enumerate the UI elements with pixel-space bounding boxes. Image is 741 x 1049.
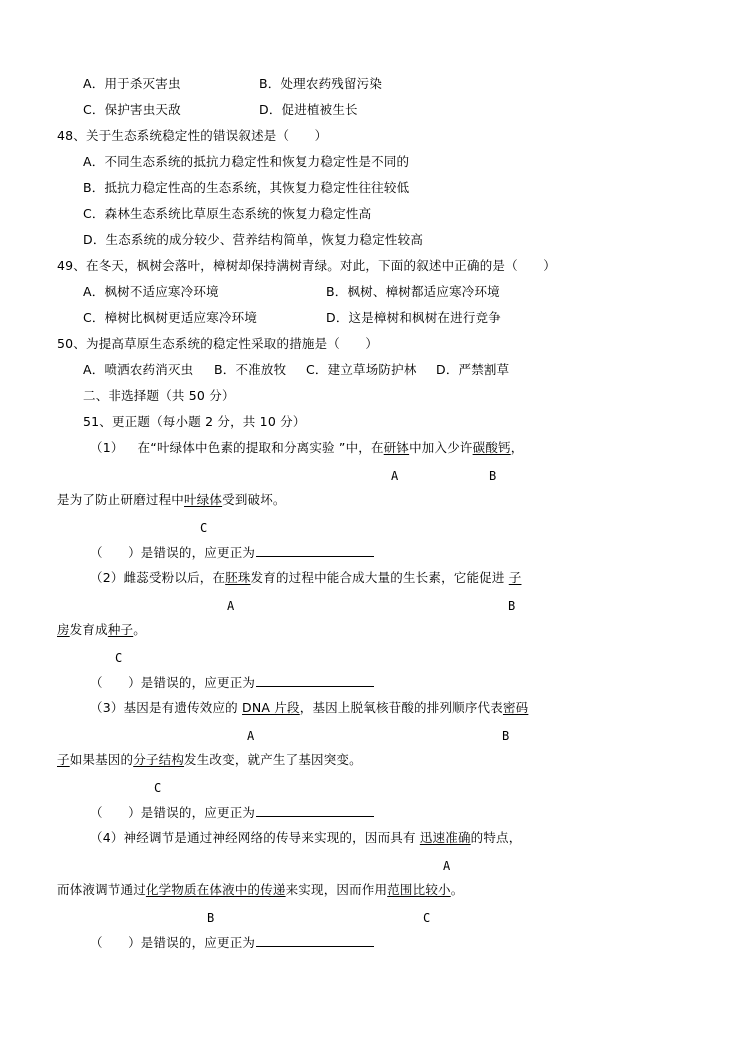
label-b: B [207, 911, 214, 925]
segment-b-cont: 子 [57, 752, 70, 767]
text: 。 [133, 622, 146, 637]
item-number: （4） [90, 830, 124, 845]
segment-b: 碳酸钙 [473, 440, 511, 455]
q50-option-d: D．严禁割草 [436, 362, 509, 378]
text: 而体液调节通过 [57, 882, 146, 897]
segment-c: 分子结构 [133, 752, 184, 767]
q49-option-a: A．枫树不适应寒冷环境 [83, 284, 219, 300]
q51-item3-line1: （3）基因是有遗传效应的 DNA 片段，基因上脱氧核苷酸的排列顺序代表密码 [90, 700, 528, 716]
label-c: C [423, 911, 430, 925]
q50-stem: 50、为提高草原生态系统的稳定性采取的措施是（ ） [57, 336, 378, 352]
answer-blank[interactable] [256, 674, 374, 687]
q47-option-c: C．保护害虫天敌 [83, 102, 181, 118]
text: 中加入少许 [409, 440, 473, 455]
segment-b: 化学物质在体液中的传递 [146, 882, 286, 897]
q51-item1-line1: （1）在“叶绿体中色素的提取和分离实验 ”中，在研钵中加入少许碳酸钙， [90, 440, 523, 456]
text: 发生改变，就产生了基因突变。 [184, 752, 362, 767]
q51-stem: 51、更正题（每小题 2 分，共 10 分） [83, 414, 306, 430]
q48-stem: 48、关于生态系统稳定性的错误叙述是（ ） [57, 128, 327, 144]
item-number: （1） [90, 440, 124, 455]
text: 发育的过程中能合成大量的生长素，它能促进 [251, 570, 509, 585]
q48-option-c: C．森林生态系统比草原生态系统的恢复力稳定性高 [83, 206, 371, 222]
label-b: B [489, 469, 496, 483]
text: 的特点， [471, 830, 522, 845]
q51-item4-line2: 而体液调节通过化学物质在体液中的传递来实现，因而作用范围比较小。 [57, 882, 463, 898]
q51-item4-line1: （4）神经调节是通过神经网络的传导来实现的，因而具有 迅速准确的特点， [90, 830, 521, 846]
text: 雌蕊受粉以后，在 [124, 570, 226, 585]
label-b: B [508, 599, 515, 613]
answer-prompt: （ ）是错误的，应更正为 [90, 935, 255, 950]
answer-prompt: （ ）是错误的，应更正为 [90, 805, 255, 820]
q51-item3-line2: 子如果基因的分子结构发生改变，就产生了基因突变。 [57, 752, 362, 768]
q49-option-c: C．樟树比枫树更适应寒冷环境 [83, 310, 257, 326]
q49-option-b: B．枫树、樟树都适应寒冷环境 [326, 284, 500, 300]
segment-b: 子 [509, 570, 522, 585]
q47-option-d: D．促进植被生长 [259, 102, 358, 118]
answer-blank[interactable] [256, 804, 374, 817]
label-a: A [247, 729, 254, 743]
text: 。 [451, 882, 464, 897]
q51-item4-answer: （ ）是错误的，应更正为 [90, 934, 374, 951]
q47-option-a: A．用于杀灭害虫 [83, 76, 181, 92]
answer-prompt: （ ）是错误的，应更正为 [90, 675, 255, 690]
q51-item2-line2: 房发育成种子。 [57, 622, 146, 638]
segment-c: 范围比较小 [387, 882, 451, 897]
label-c: C [115, 651, 122, 665]
segment-b-cont: 房 [57, 622, 70, 637]
q47-option-b: B．处理农药残留污染 [259, 76, 382, 92]
item-number: （3） [90, 700, 124, 715]
segment-c: 种子 [108, 622, 133, 637]
label-c: C [200, 521, 207, 535]
q51-item1-line2: 是为了防止研磨过程中叶绿体受到破坏。 [57, 492, 286, 508]
q51-item1-answer: （ ）是错误的，应更正为 [90, 544, 374, 561]
q50-option-a: A．喷洒农药消灭虫 [83, 362, 193, 378]
text: 基因是有遗传效应的 [124, 700, 242, 715]
text: 在“叶绿体中色素的提取和分离实验 ”中，在 [138, 440, 384, 455]
text: 如果基因的 [70, 752, 134, 767]
q49-option-d: D．这是樟树和枫树在进行竞争 [326, 310, 501, 326]
q48-option-d: D．生态系统的成分较少、营养结构简单，恢复力稳定性较高 [83, 232, 423, 248]
text: ，基因上脱氧核苷酸的排列顺序代表 [300, 700, 503, 715]
q51-item2-line1: （2）雌蕊受粉以后，在胚珠发育的过程中能合成大量的生长素，它能促进 子 [90, 570, 521, 586]
segment-a: 迅速准确 [420, 830, 471, 845]
label-c: C [154, 781, 161, 795]
section-heading: 二、非选择题（共 50 分） [83, 388, 235, 404]
text: 发育成 [70, 622, 108, 637]
label-a: A [391, 469, 398, 483]
q48-option-b: B．抵抗力稳定性高的生态系统，其恢复力稳定性往往较低 [83, 180, 409, 196]
text: 是为了防止研磨过程中 [57, 492, 184, 507]
text: 神经调节是通过神经网络的传导来实现的，因而具有 [124, 830, 420, 845]
segment-a: 研钵 [384, 440, 409, 455]
segment-b: 密码 [503, 700, 528, 715]
segment-a: 胚珠 [225, 570, 250, 585]
q49-stem: 49、在冬天，枫树会落叶，樟树却保持满树青绿。对此，下面的叙述中正确的是（ ） [57, 258, 556, 274]
text: 来实现，因而作用 [286, 882, 388, 897]
answer-prompt: （ ）是错误的，应更正为 [90, 545, 255, 560]
label-b: B [502, 729, 509, 743]
text: 受到破坏。 [222, 492, 286, 507]
q50-option-b: B．不准放牧 [214, 362, 286, 378]
answer-blank[interactable] [256, 934, 374, 947]
q51-item3-answer: （ ）是错误的，应更正为 [90, 804, 374, 821]
q51-item2-answer: （ ）是错误的，应更正为 [90, 674, 374, 691]
item-number: （2） [90, 570, 124, 585]
label-a: A [443, 859, 450, 873]
segment-c: 叶绿体 [184, 492, 222, 507]
text: ， [511, 440, 524, 455]
q48-option-a: A．不同生态系统的抵抗力稳定性和恢复力稳定性是不同的 [83, 154, 409, 170]
answer-blank[interactable] [256, 544, 374, 557]
q50-option-c: C．建立草场防护林 [306, 362, 417, 378]
segment-a: DNA 片段 [242, 700, 300, 715]
label-a: A [227, 599, 234, 613]
